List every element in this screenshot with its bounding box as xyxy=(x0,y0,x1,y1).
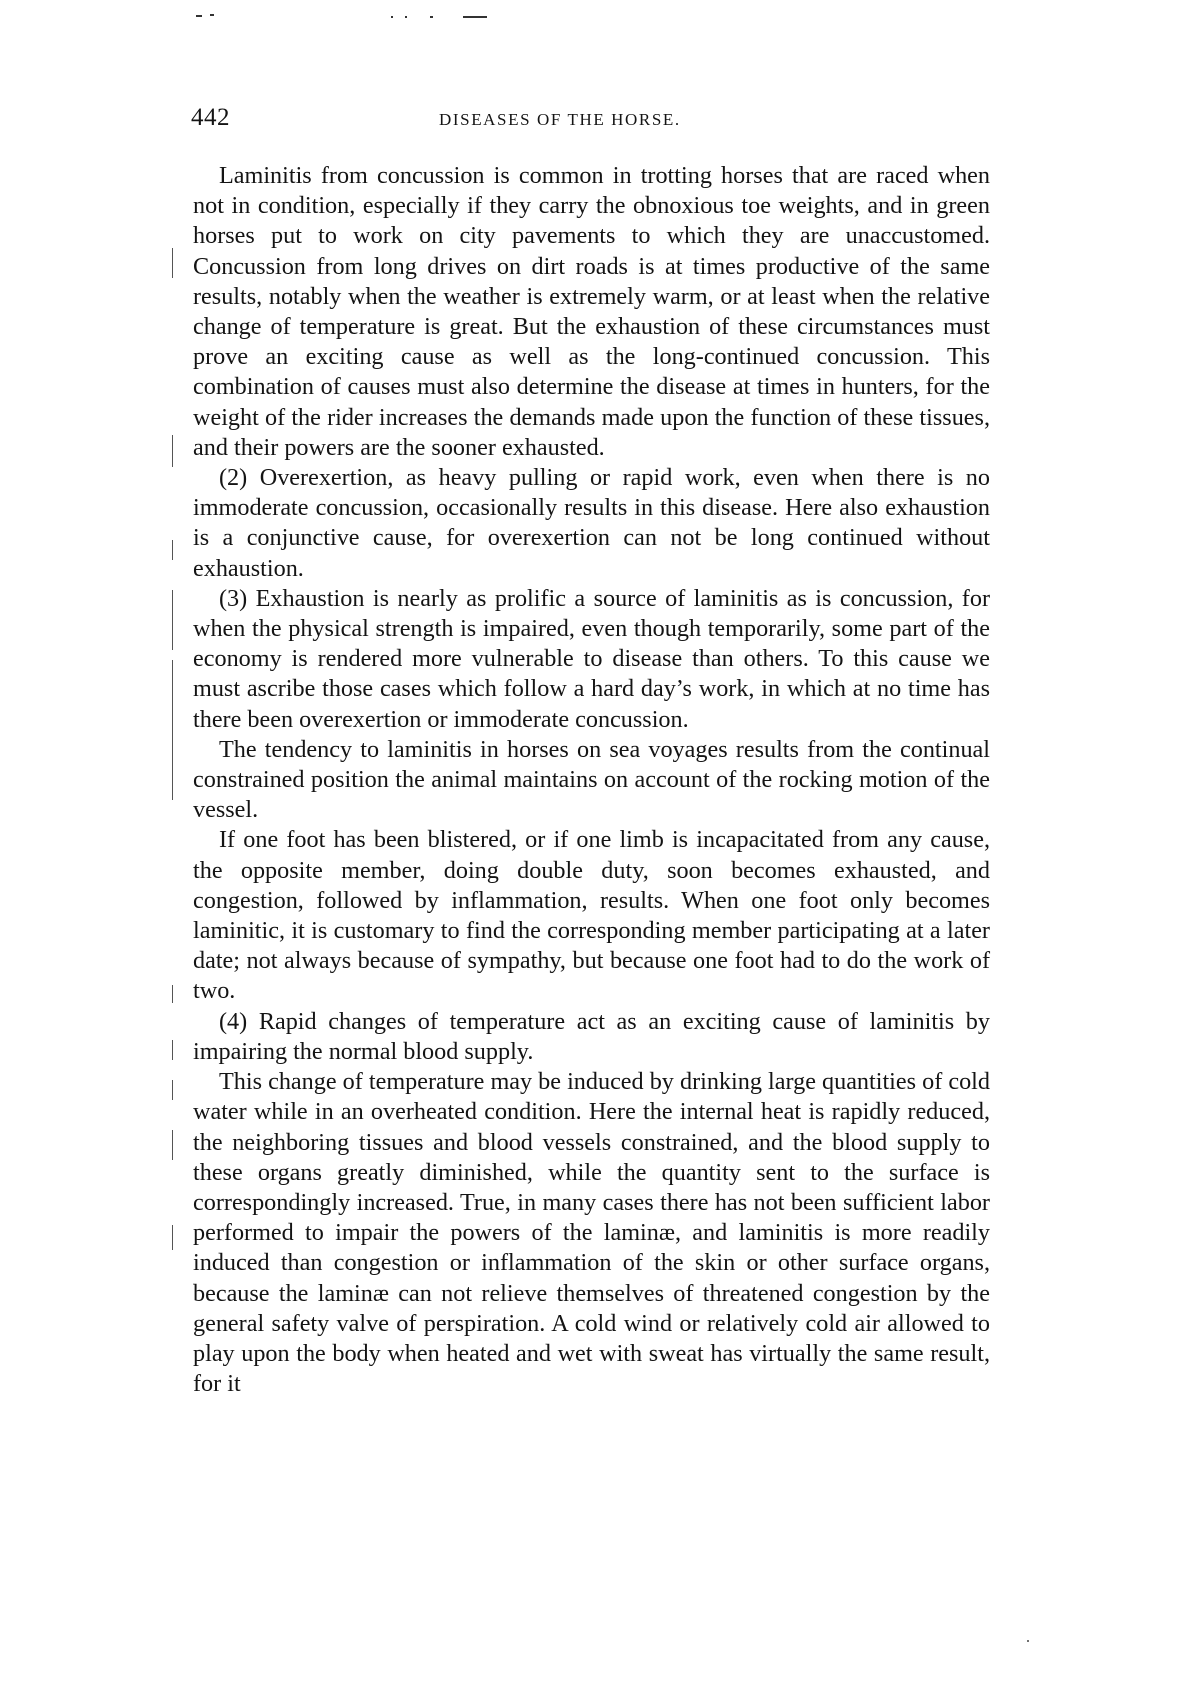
paragraph-exhaustion: (3) Exhaustion is nearly as prolific a s… xyxy=(193,584,990,735)
paragraph-blistered-foot: If one foot has been blistered, or if on… xyxy=(193,825,990,1006)
margin-mark xyxy=(172,1225,173,1250)
running-head: 442 DISEASES OF THE HORSE. xyxy=(193,103,990,133)
scan-mark xyxy=(463,16,487,18)
margin-mark xyxy=(172,1080,173,1100)
margin-mark xyxy=(172,1040,173,1060)
scan-mark xyxy=(405,16,407,18)
margin-mark xyxy=(172,248,173,278)
margin-binding-marks xyxy=(172,0,176,1690)
margin-mark xyxy=(172,1130,173,1160)
body-text: Laminitis from concussion is common in t… xyxy=(193,161,990,1399)
scan-artifacts xyxy=(0,0,1200,100)
scan-mark xyxy=(430,16,433,18)
scan-mark xyxy=(196,15,202,17)
paragraph-overexertion: (2) Overexertion, as heavy pulling or ra… xyxy=(193,463,990,584)
scan-speck xyxy=(1027,1640,1029,1642)
page-number: 442 xyxy=(191,103,230,133)
margin-mark xyxy=(172,985,173,1003)
margin-mark xyxy=(172,590,173,650)
paragraph-cold-water: This change of temperature may be induce… xyxy=(193,1067,990,1399)
margin-mark xyxy=(172,540,173,560)
running-head-title: DISEASES OF THE HORSE. xyxy=(439,105,681,135)
scan-mark xyxy=(210,14,214,16)
paragraph-temperature-changes: (4) Rapid changes of temperature act as … xyxy=(193,1007,990,1067)
margin-mark xyxy=(172,435,173,467)
margin-mark xyxy=(172,660,173,800)
paragraph-sea-voyages: The tendency to laminitis in horses on s… xyxy=(193,735,990,826)
scan-mark xyxy=(391,16,393,18)
paragraph-concussion: Laminitis from concussion is common in t… xyxy=(193,161,990,463)
book-page: 442 DISEASES OF THE HORSE. Laminitis fro… xyxy=(193,103,990,1399)
